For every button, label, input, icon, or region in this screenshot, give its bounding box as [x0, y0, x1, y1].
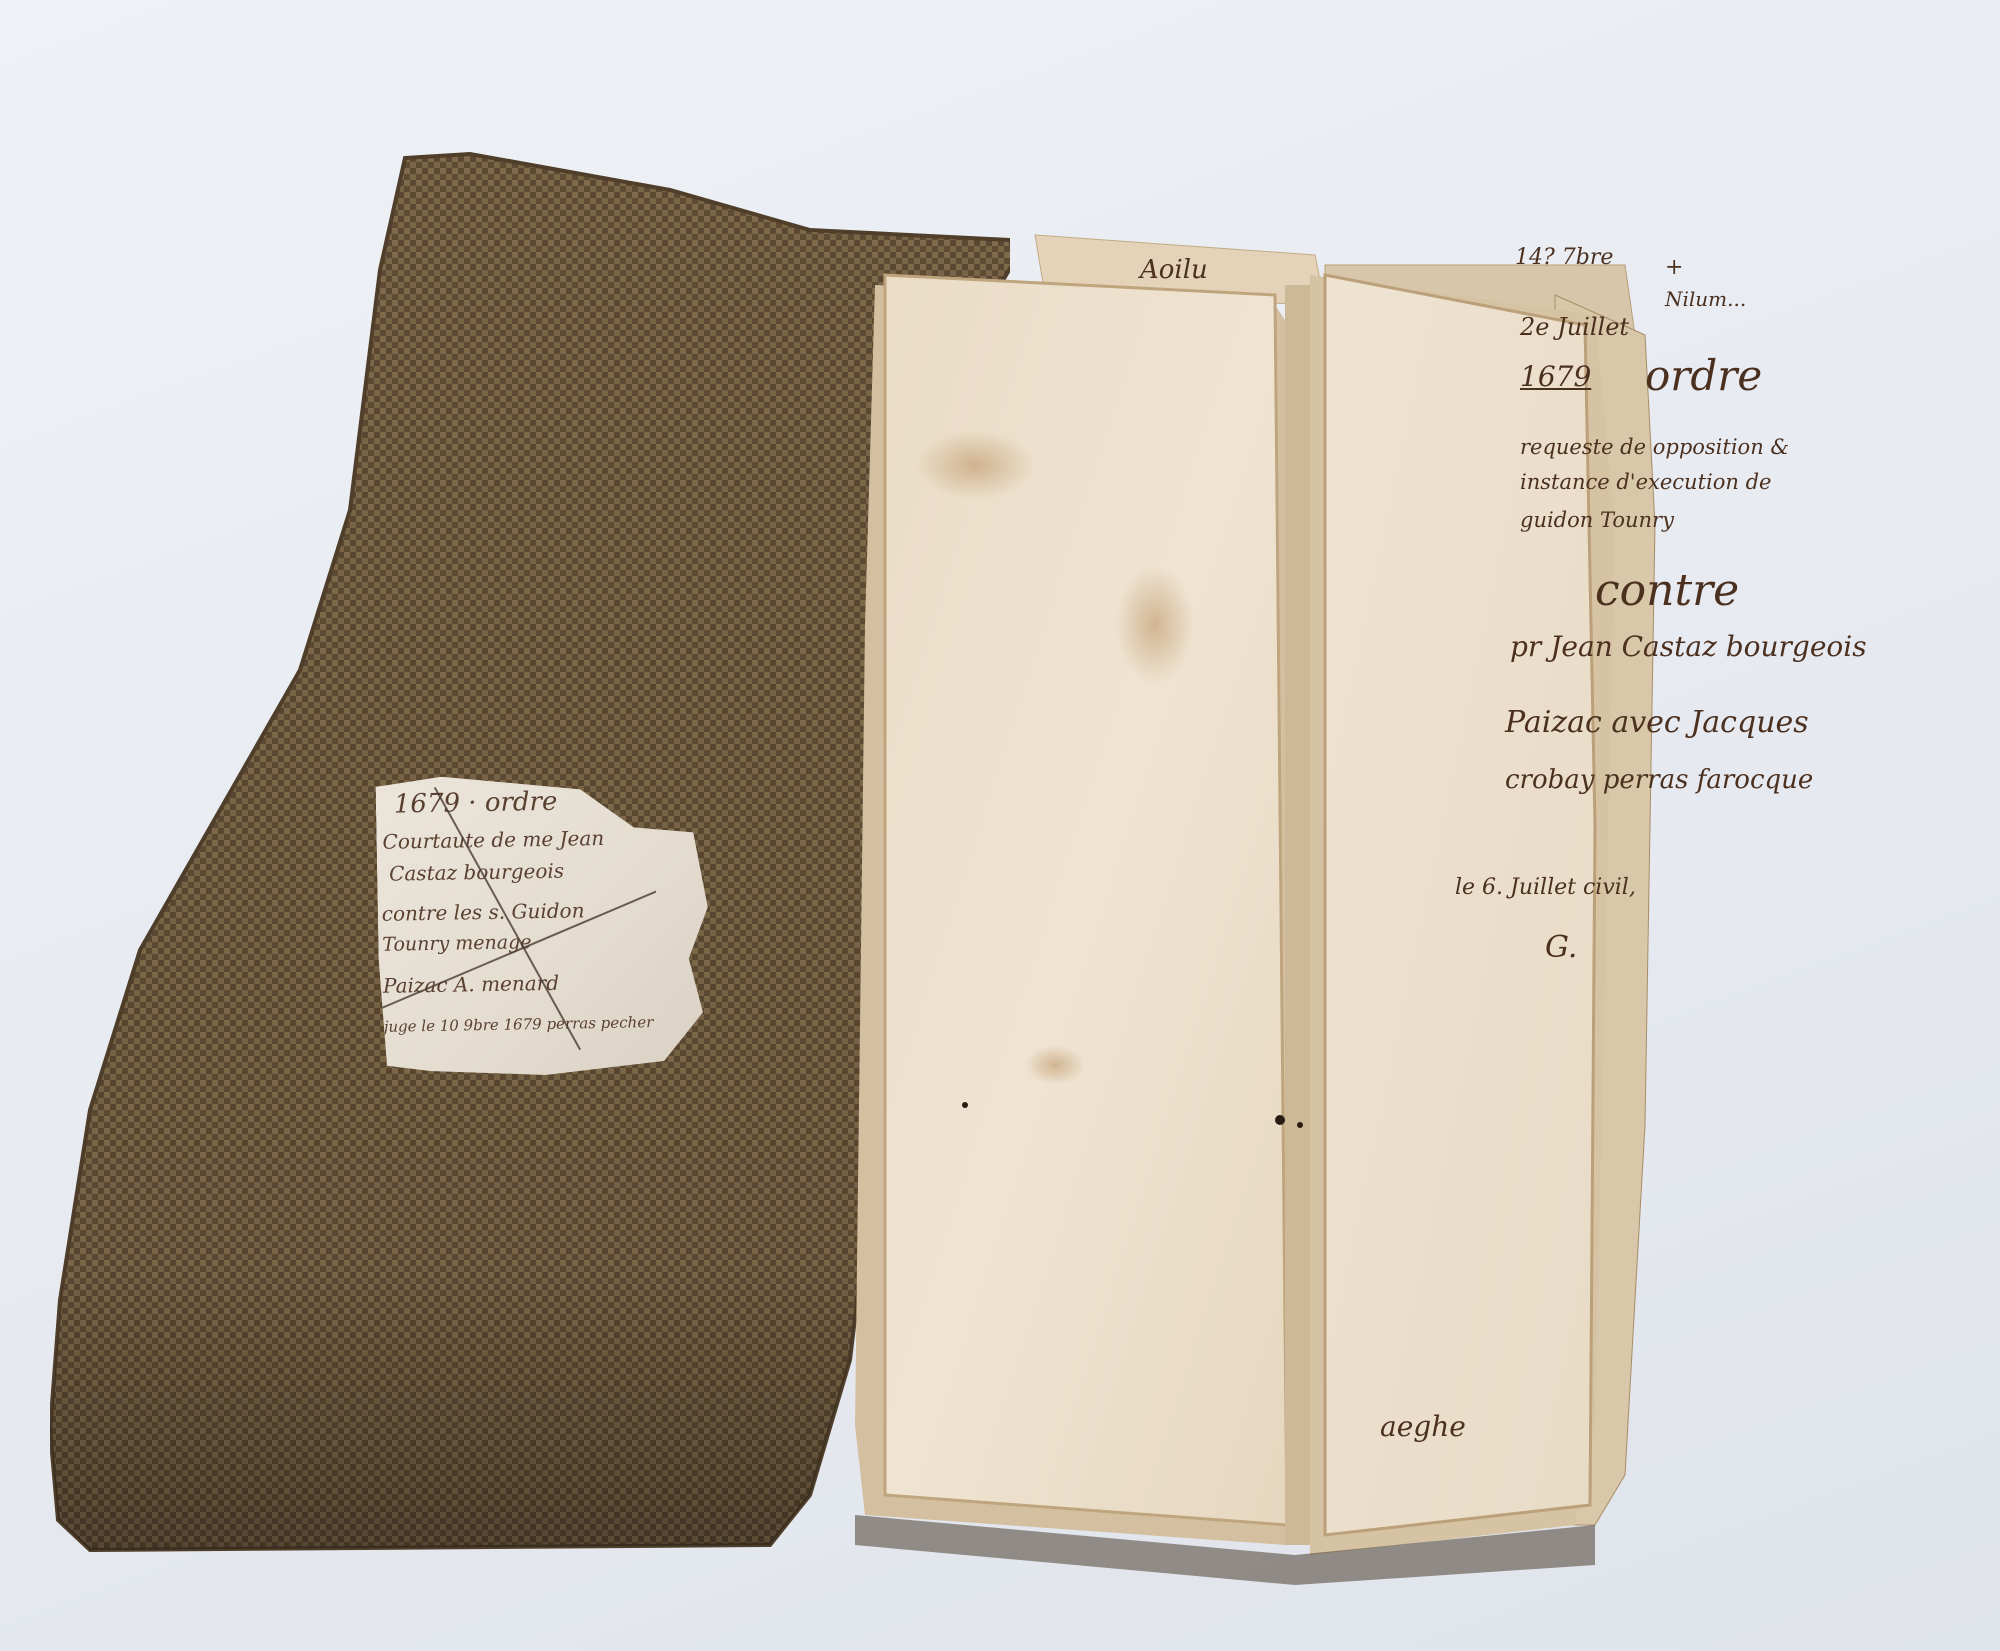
place-line-1: Paizac avec Jacques: [1505, 705, 1809, 740]
entry-year: 1679: [1520, 360, 1591, 393]
bottom-note: aeghe: [1380, 1410, 1466, 1443]
entry-title: ordre: [1645, 351, 1762, 400]
label-line-1: 1679 · ordre: [394, 787, 558, 820]
entry-date: 2e Juillet: [1520, 313, 1629, 341]
place-line-2: crobay perras farocque: [1505, 765, 1813, 795]
manuscript-register: Aoilu 14? 7bre + Nilum... 2e Juillet 167…: [855, 225, 1925, 1585]
back-sheet-mark: +: [1665, 255, 1683, 280]
label-line-2: Courtaute de me Jean: [382, 826, 604, 854]
party-line: pr Jean Castaz bourgeois: [1510, 630, 1867, 663]
subject-line-2: instance d'execution de: [1520, 470, 1771, 494]
label-line-7: juge le 10 9bre 1679 perras pecher: [384, 1013, 654, 1036]
back-sheet-date: 14? 7bre: [1515, 245, 1613, 270]
initial-signature: G.: [1545, 930, 1577, 965]
back-sheet-heading: Aoilu: [1140, 255, 1208, 285]
closing-line: le 6. Juillet civil,: [1455, 875, 1636, 900]
heading-contre: contre: [1595, 565, 1739, 616]
label-line-6: Paizac A. menard: [383, 971, 559, 998]
back-sheet-note: Nilum...: [1665, 287, 1746, 311]
label-line-4: contre les s. Guidon: [382, 898, 585, 926]
subject-line-3: guidon Tounry: [1520, 508, 1674, 532]
photo-scene: 1679 · ordre Courtaute de me Jean Castaz…: [0, 0, 2000, 1651]
subject-line-1: requeste de opposition &: [1520, 435, 1789, 459]
